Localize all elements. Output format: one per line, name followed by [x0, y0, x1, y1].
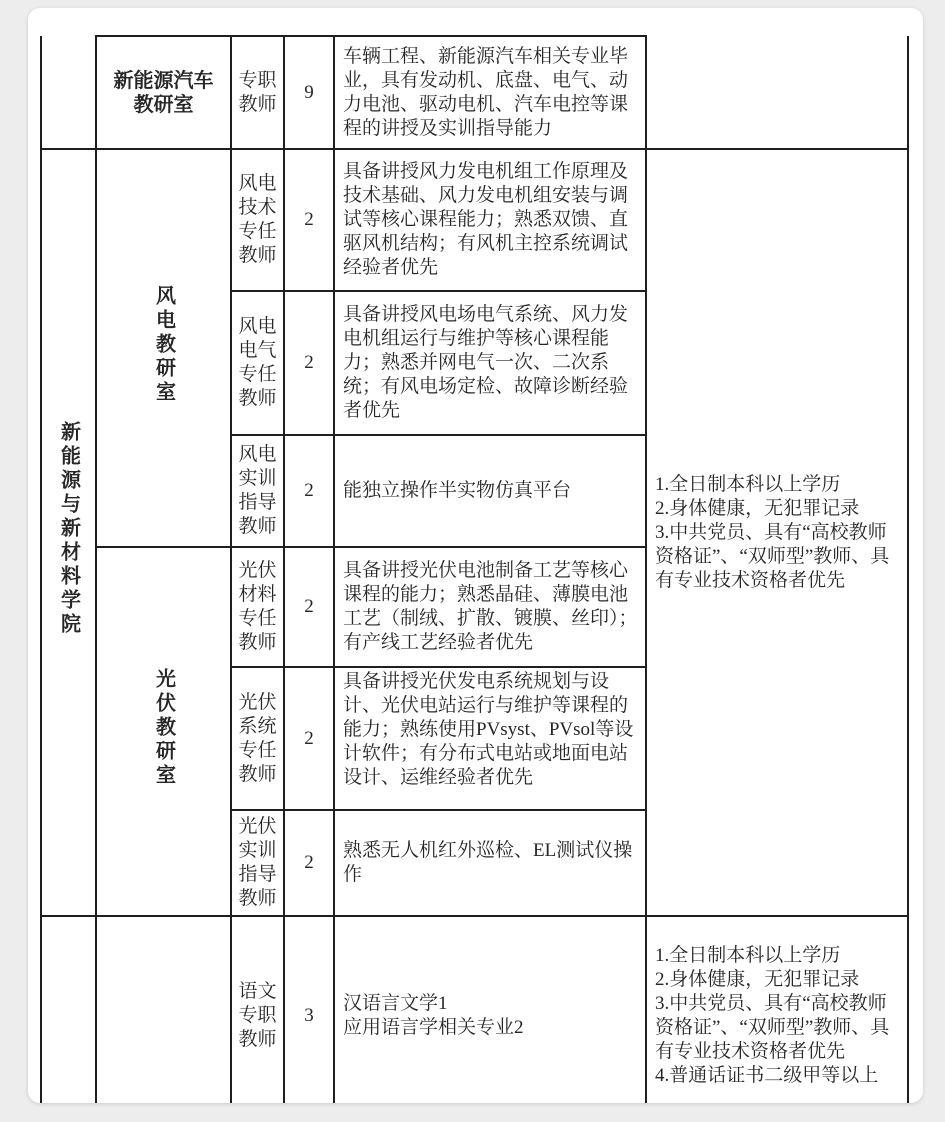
position-cell: 风电电气专任教师 [231, 291, 284, 435]
table-row: 语文专职教师 3 汉语言文学1 应用语言学相关专业2 1.全日制本科以上学历 2… [41, 916, 908, 1103]
requirement-cell: 熟悉无人机红外巡检、EL测试仪操作 [334, 810, 646, 916]
requirement-cell: 具备讲授风力发电机组工作原理及技术基础、风力发电机组安装与调试等核心课程能力；熟… [334, 149, 646, 291]
count-cell: 2 [284, 667, 334, 810]
recruitment-table: 新能源汽车 教研室 专职教师 9 车辆工程、新能源汽车相关专业毕业，具有发动机、… [40, 35, 909, 1103]
office-label-pv: 光伏教研室 [152, 668, 176, 788]
clipped-requirement-text: 具备讲授光伏发电系统规划与设计、光伏电站运行与维护等课程的能力；熟练使用PVsy… [343, 670, 639, 807]
position-cell: 风电实训指导教师 [231, 435, 284, 547]
count-cell: 2 [284, 435, 334, 547]
college-cell-empty [41, 36, 96, 149]
position-cell: 专职教师 [231, 36, 284, 149]
table-row: 新能源汽车 教研室 专职教师 9 车辆工程、新能源汽车相关专业毕业，具有发动机、… [41, 36, 908, 149]
count-cell: 2 [284, 810, 334, 916]
requirement-cell: 具备讲授风电场电气系统、风力发电机组运行与维护等核心课程能力；熟悉并网电气一次、… [334, 291, 646, 435]
office-label-wind: 风电教研室 [152, 285, 176, 405]
college-label: 新能源与新材料学院 [57, 421, 81, 637]
count-cell: 2 [284, 291, 334, 435]
common-requirements-cell: 1.全日制本科以上学历 2.身体健康，无犯罪记录 3.中共党员、具有“高校教师资… [646, 149, 908, 916]
college-cell-empty [41, 916, 96, 1103]
count-cell: 2 [284, 149, 334, 291]
requirement-cell: 汉语言文学1 应用语言学相关专业2 [334, 916, 646, 1103]
office-cell-wind: 风电教研室 [96, 149, 231, 547]
office-cell-empty [96, 916, 231, 1103]
count-cell: 9 [284, 36, 334, 149]
requirement-cell: 具备讲授光伏电池制备工艺等核心课程的能力；熟悉晶硅、薄膜电池工艺（制绒、扩散、镀… [334, 547, 646, 667]
position-cell: 语文专职教师 [231, 916, 284, 1103]
count-cell: 2 [284, 547, 334, 667]
requirement-cell: 能独立操作半实物仿真平台 [334, 435, 646, 547]
common-requirements-cell-empty [646, 36, 908, 149]
position-cell: 风电技术专任教师 [231, 149, 284, 291]
college-cell: 新能源与新材料学院 [41, 149, 96, 916]
count-cell: 3 [284, 916, 334, 1103]
document-page: 新能源汽车 教研室 专职教师 9 车辆工程、新能源汽车相关专业毕业，具有发动机、… [28, 8, 923, 1103]
office-cell-pv: 光伏教研室 [96, 547, 231, 916]
dept-cell: 新能源汽车 教研室 [96, 36, 231, 149]
requirement-cell: 车辆工程、新能源汽车相关专业毕业，具有发动机、底盘、电气、动力电池、驱动电机、汽… [334, 36, 646, 149]
table-row: 新能源与新材料学院 风电教研室 风电技术专任教师 2 具备讲授风力发电机组工作原… [41, 149, 908, 291]
position-cell: 光伏材料专任教师 [231, 547, 284, 667]
position-cell: 光伏系统专任教师 [231, 667, 284, 810]
requirement-cell: 具备讲授光伏发电系统规划与设计、光伏电站运行与维护等课程的能力；熟练使用PVsy… [334, 667, 646, 810]
position-cell: 光伏实训指导教师 [231, 810, 284, 916]
screenshot-root: { "colors": { "page_background": "#edede… [0, 0, 945, 1122]
common-requirements-cell: 1.全日制本科以上学历 2.身体健康，无犯罪记录 3.中共党员、具有“高校教师资… [646, 916, 908, 1103]
